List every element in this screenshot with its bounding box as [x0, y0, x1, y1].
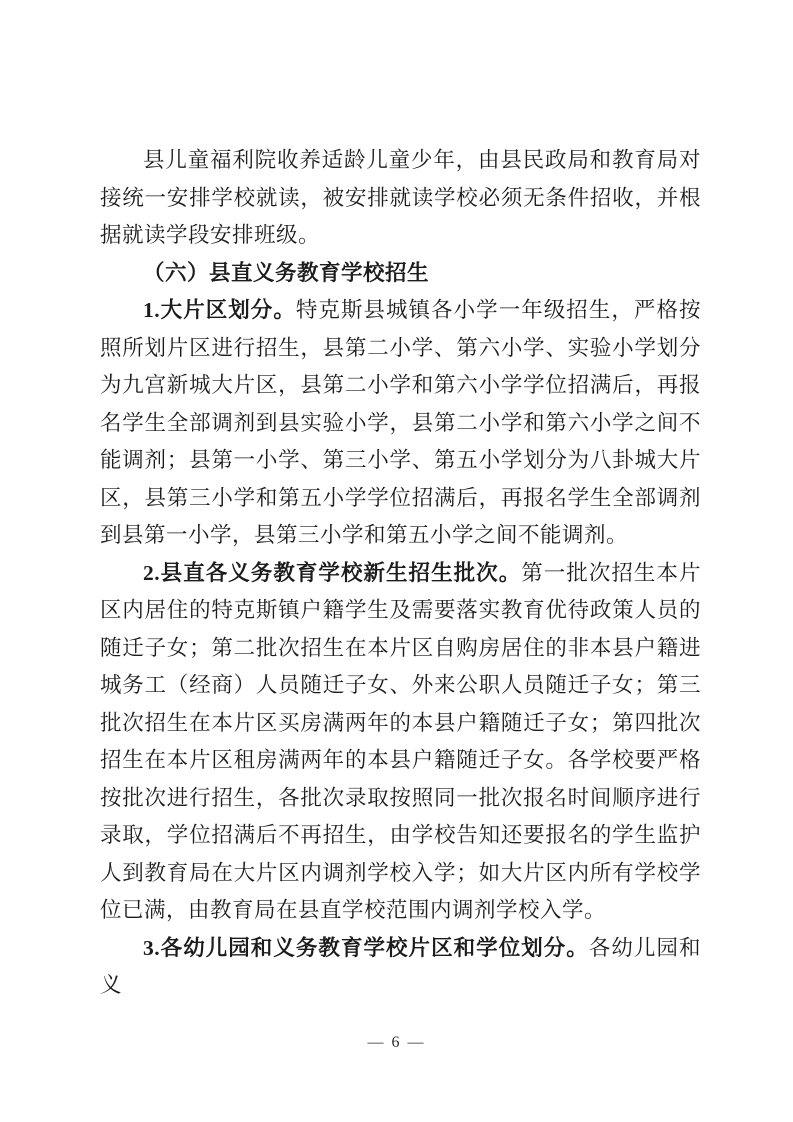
paragraph-district-division: 1.大片区划分。特克斯县城镇各小学一年级招生，严格按照所划片区进行招生，县第二小… [100, 292, 701, 555]
section-heading-text: （六）县直义务教育学校招生 [143, 261, 429, 285]
section-heading-county-schools: （六）县直义务教育学校招生 [100, 255, 701, 293]
paragraph-text: 第一批次招生本片区内居住的特克斯镇户籍学生及需要落实教育优待政策人员的随迁子女；… [100, 561, 701, 923]
paragraph-lead: 1.大片区划分。 [143, 298, 296, 322]
paragraph-text: 县儿童福利院收养适龄儿童少年，由县民政局和教育局对接统一安排学校就读，被安排就读… [100, 148, 701, 247]
document-body: 县儿童福利院收养适龄儿童少年，由县民政局和教育局对接统一安排学校就读，被安排就读… [100, 142, 701, 1005]
paragraph-school-zones: 3.各幼儿园和义务教育学校片区和学位划分。各幼儿园和义 [100, 930, 701, 1005]
paragraph-text: 特克斯县城镇各小学一年级招生，严格按照所划片区进行招生，县第二小学、第六小学、实… [100, 298, 701, 547]
paragraph-welfare-children: 县儿童福利院收养适龄儿童少年，由县民政局和教育局对接统一安排学校就读，被安排就读… [100, 142, 701, 255]
paragraph-lead: 3.各幼儿园和义务教育学校片区和学位划分。 [143, 936, 589, 960]
document-page: 县儿童福利院收养适龄儿童少年，由县民政局和教育局对接统一安排学校就读，被安排就读… [0, 0, 793, 1122]
paragraph-lead: 2.县直各义务教育学校新生招生批次。 [143, 561, 521, 585]
page-number: — 6 — [0, 1034, 793, 1052]
paragraph-enrollment-batches: 2.县直各义务教育学校新生招生批次。第一批次招生本片区内居住的特克斯镇户籍学生及… [100, 555, 701, 930]
